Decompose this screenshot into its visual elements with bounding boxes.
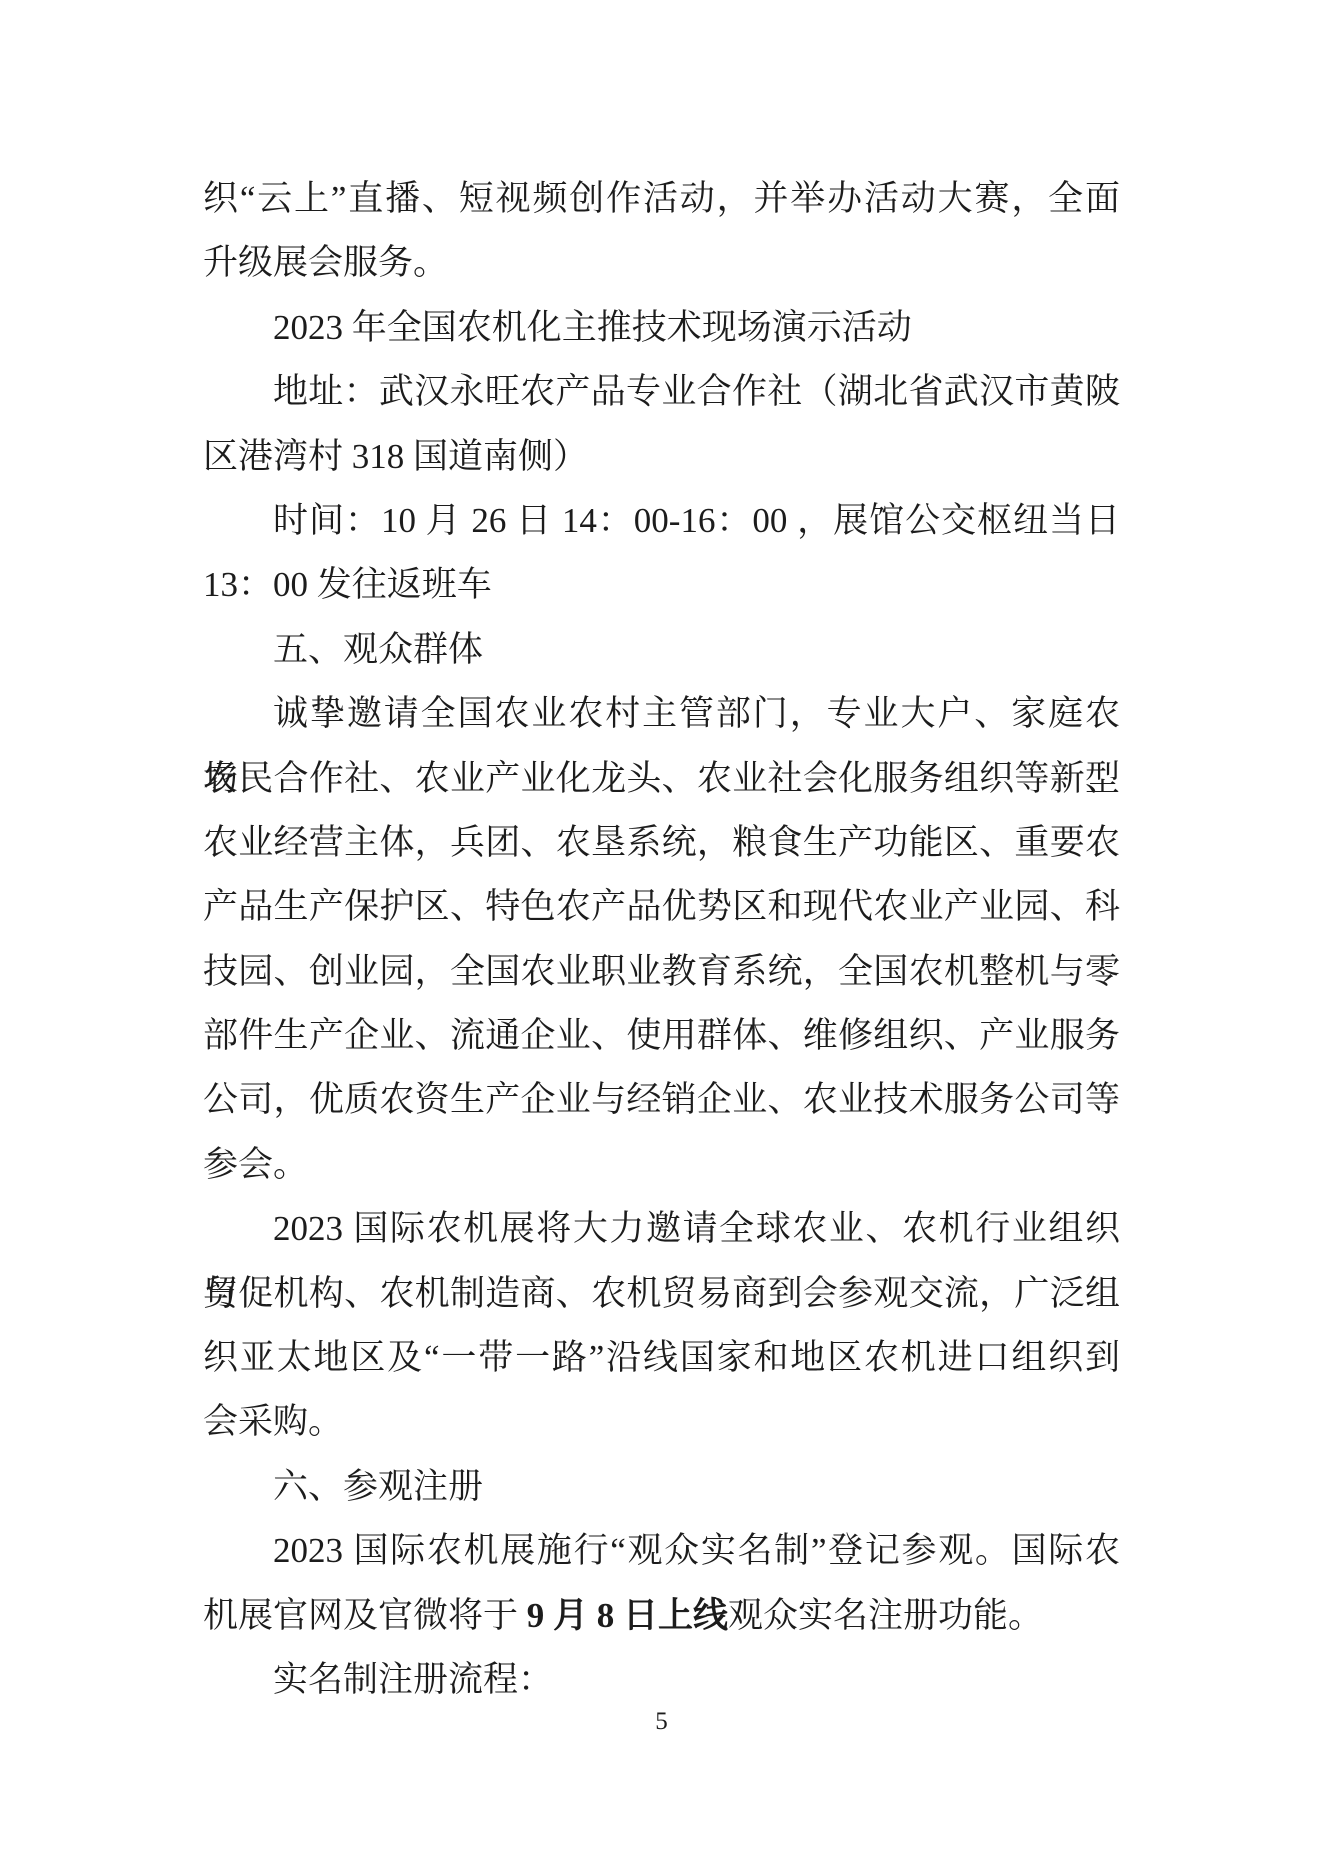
text-line-14: 部件生产企业、流通企业、使用群体、维修组织、产业服务 <box>203 1004 1120 1068</box>
text-line-6: 时间：10 月 26 日 14：00-16：00 ，展馆公交枢纽当日 <box>203 489 1120 553</box>
text-segment: 会采购。 <box>203 1402 343 1441</box>
text-segment: 农业经营主体，兵团、农垦系统，粮食生产功能区、重要农 <box>203 823 1120 862</box>
text-line-1: 织“云上”直播、短视频创作活动，并举办活动大赛，全面 <box>203 167 1120 231</box>
text-line-7: 13：00 发往返班车 <box>203 553 1120 617</box>
text-line-2: 升级展会服务。 <box>203 231 1120 295</box>
text-line-17: 2023 国际农机展将大力邀请全球农业、农机行业组织与 <box>203 1197 1120 1261</box>
text-line-3: 2023 年全国农机化主推技术现场演示活动 <box>203 296 1120 360</box>
text-segment: 2023 国际农机展施行“观众实名制”登记参观。国际农 <box>273 1531 1120 1570</box>
text-line-8: 五、观众群体 <box>203 618 1120 682</box>
text-segment: 13：00 发往返班车 <box>203 565 492 604</box>
text-line-5: 区港湾村 318 国道南侧） <box>203 425 1120 489</box>
text-segment: 实名制注册流程： <box>273 1660 553 1699</box>
bold-text-segment: 9 月 8 日上线 <box>527 1596 728 1635</box>
text-segment: 区港湾村 318 国道南侧） <box>203 437 588 476</box>
text-line-4: 地址：武汉永旺农产品专业合作社（湖北省武汉市黄陂 <box>203 360 1120 424</box>
text-segment: 织“云上”直播、短视频创作活动，并举办活动大赛，全面 <box>203 179 1120 218</box>
text-segment: 2023 年全国农机化主推技术现场演示活动 <box>273 308 912 347</box>
text-line-23: 机展官网及官微将于 9 月 8 日上线观众实名注册功能。 <box>203 1584 1120 1648</box>
document-body: 织“云上”直播、短视频创作活动，并举办活动大赛，全面升级展会服务。2023 年全… <box>203 167 1120 1712</box>
text-segment: 公司，优质农资生产企业与经销企业、农业技术服务公司等 <box>203 1080 1120 1119</box>
text-line-11: 农业经营主体，兵团、农垦系统，粮食生产功能区、重要农 <box>203 811 1120 875</box>
text-segment: 技园、创业园，全国农业职业教育系统，全国农机整机与零 <box>203 952 1120 991</box>
text-segment: 产品生产保护区、特色农产品优势区和现代农业产业园、科 <box>203 887 1120 926</box>
text-segment: 参会。 <box>203 1145 308 1184</box>
page-number: 5 <box>0 1698 1323 1746</box>
text-segment: 升级展会服务。 <box>203 243 448 282</box>
text-line-9: 诚挚邀请全国农业农村主管部门，专业大户、家庭农场、 <box>203 682 1120 746</box>
text-segment: 部件生产企业、流通企业、使用群体、维修组织、产业服务 <box>203 1016 1120 1055</box>
text-line-18: 贸促机构、农机制造商、农机贸易商到会参观交流，广泛组 <box>203 1262 1120 1326</box>
text-segment: 五、观众群体 <box>273 630 483 669</box>
text-segment: 地址：武汉永旺农产品专业合作社（湖北省武汉市黄陂 <box>273 372 1120 411</box>
text-segment: 机展官网及官微将于 <box>203 1596 527 1635</box>
text-segment: 六、参观注册 <box>273 1467 483 1506</box>
text-line-15: 公司，优质农资生产企业与经销企业、农业技术服务公司等 <box>203 1068 1120 1132</box>
text-line-20: 会采购。 <box>203 1390 1120 1454</box>
text-segment: 贸促机构、农机制造商、农机贸易商到会参观交流，广泛组 <box>203 1274 1120 1313</box>
text-line-22: 2023 国际农机展施行“观众实名制”登记参观。国际农 <box>203 1519 1120 1583</box>
text-line-19: 织亚太地区及“一带一路”沿线国家和地区农机进口组织到 <box>203 1326 1120 1390</box>
text-line-13: 技园、创业园，全国农业职业教育系统，全国农机整机与零 <box>203 940 1120 1004</box>
text-segment: 农民合作社、农业产业化龙头、农业社会化服务组织等新型 <box>203 759 1120 798</box>
document-page: 织“云上”直播、短视频创作活动，并举办活动大赛，全面升级展会服务。2023 年全… <box>0 0 1323 1871</box>
text-line-12: 产品生产保护区、特色农产品优势区和现代农业产业园、科 <box>203 875 1120 939</box>
text-line-21: 六、参观注册 <box>203 1455 1120 1519</box>
text-segment: 时间：10 月 26 日 14：00-16：00 ，展馆公交枢纽当日 <box>273 501 1120 540</box>
text-line-16: 参会。 <box>203 1133 1120 1197</box>
text-segment: 织亚太地区及“一带一路”沿线国家和地区农机进口组织到 <box>203 1338 1120 1377</box>
text-segment: 观众实名注册功能。 <box>728 1596 1043 1635</box>
text-line-10: 农民合作社、农业产业化龙头、农业社会化服务组织等新型 <box>203 747 1120 811</box>
